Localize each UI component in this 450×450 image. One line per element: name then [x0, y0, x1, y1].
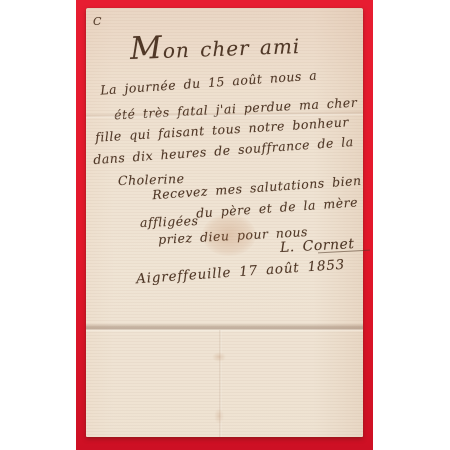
collector-corner-mark: C [93, 15, 102, 28]
letter-salutation: Mon cher ami [129, 25, 300, 67]
letter-dateline: Aigreffeuille 17 août 1853 [136, 257, 346, 288]
paper-stain-small-1 [212, 352, 226, 362]
letter-closing-line-3: affligées [140, 213, 199, 230]
photo-canvas: C Mon cher ami La journée du 15 août nou… [0, 0, 450, 450]
fold-crease-lower [86, 324, 363, 332]
letter-paper: C Mon cher ami La journée du 15 août nou… [86, 8, 363, 437]
paper-stain-small-2 [214, 408, 224, 424]
paper-stain-large [202, 214, 256, 256]
letter-body-line-1: La journée du 15 août nous a [100, 67, 318, 97]
letter-photo-red-frame: C Mon cher ami La journée du 15 août nou… [76, 0, 373, 450]
